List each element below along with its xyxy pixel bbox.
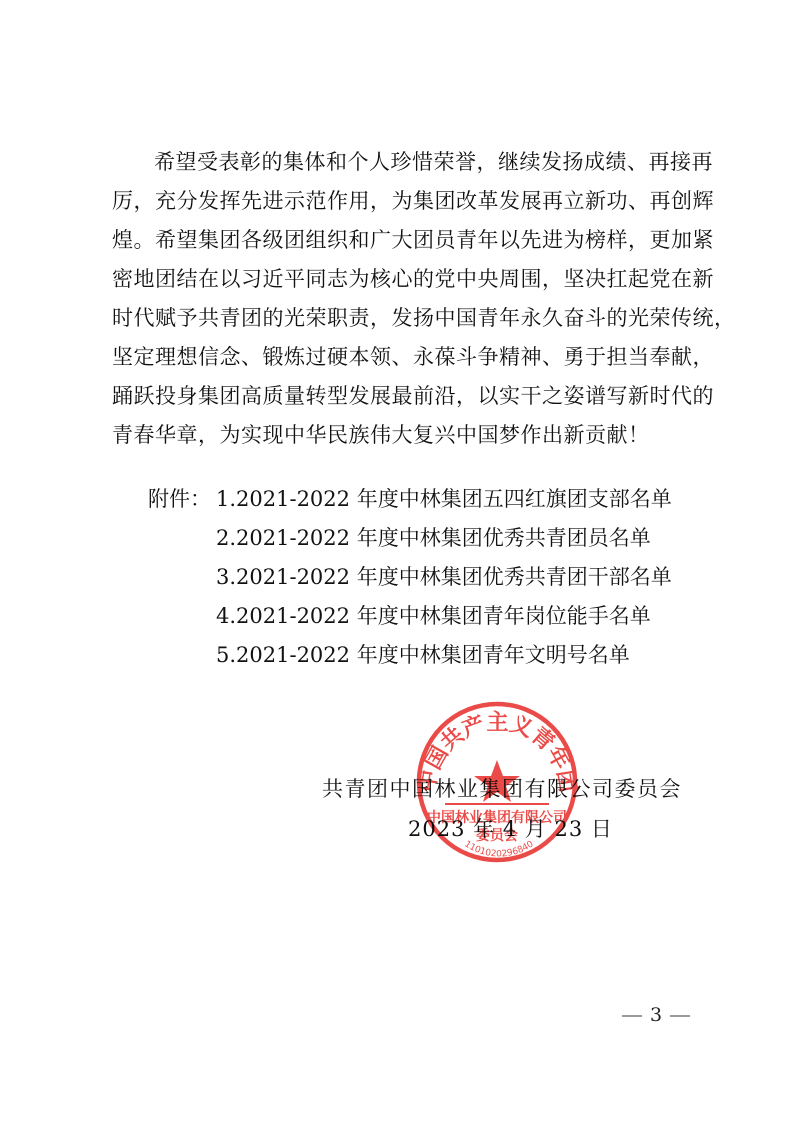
- attachment-item: 5.2021-2022 年度中林集团青年文明号名单: [148, 636, 672, 675]
- document-page: 希望受表彰的集体和个人珍惜荣誉，继续发扬成绩、再接再 厉，充分发挥先进示范作用，…: [0, 0, 800, 1131]
- page-number: 3: [614, 1004, 698, 1026]
- attachment-text: 2.2021-2022 年度中林集团优秀共青团员名单: [216, 526, 651, 550]
- attachments-label: 附件：: [148, 480, 216, 519]
- paragraph-line: 时代赋予共青团的光荣职责，发扬中国青年永久奋斗的光荣传统，: [112, 299, 712, 338]
- paragraph-line: 厉，充分发挥先进示范作用，为集团改革发展再立新功、再创辉: [112, 182, 712, 221]
- attachment-item: 4.2021-2022 年度中林集团青年岗位能手名单: [148, 597, 672, 636]
- dash-decoration: [622, 1015, 642, 1017]
- page-number-value: 3: [650, 1004, 662, 1026]
- paragraph-line: 坚定理想信念、锻炼过硬本领、永葆斗争精神、勇于担当奉献，: [112, 338, 712, 377]
- paragraph-line: 煌。希望集团各级团组织和广大团员青年以先进为榜样，更加紧: [112, 221, 712, 260]
- attachment-text: 3.2021-2022 年度中林集团优秀共青团干部名单: [216, 565, 672, 589]
- paragraph-line: 踊跃投身集团高质量转型发展最前沿，以实干之姿谱写新时代的: [112, 377, 712, 416]
- attachment-item: 2.2021-2022 年度中林集团优秀共青团员名单: [148, 519, 672, 558]
- paragraph-line: 密地团结在以习近平同志为核心的党中央周围，坚决扛起党在新: [112, 260, 712, 299]
- official-seal-icon: 中国共产主义青年团 中国林业集团有限公司 委员会 1101020296840: [405, 700, 590, 865]
- dash-decoration: [670, 1015, 690, 1017]
- attachment-text: 5.2021-2022 年度中林集团青年文明号名单: [216, 643, 630, 667]
- attachments-list: 附件：1.2021-2022 年度中林集团五四红旗团支部名单 2.2021-20…: [148, 480, 672, 675]
- attachment-item: 3.2021-2022 年度中林集团优秀共青团干部名单: [148, 558, 672, 597]
- body-paragraph: 希望受表彰的集体和个人珍惜荣誉，继续发扬成绩、再接再 厉，充分发挥先进示范作用，…: [112, 143, 712, 455]
- svg-text:委员会: 委员会: [476, 827, 518, 844]
- attachment-item: 附件：1.2021-2022 年度中林集团五四红旗团支部名单: [148, 480, 672, 519]
- svg-text:中国林业集团有限公司: 中国林业集团有限公司: [427, 809, 567, 826]
- attachment-text: 4.2021-2022 年度中林集团青年岗位能手名单: [216, 604, 651, 628]
- paragraph-line: 希望受表彰的集体和个人珍惜荣誉，继续发扬成绩、再接再: [112, 143, 712, 182]
- attachment-text: 1.2021-2022 年度中林集团五四红旗团支部名单: [216, 487, 672, 511]
- paragraph-line: 青春华章，为实现中华民族伟大复兴中国梦作出新贡献！: [112, 416, 712, 455]
